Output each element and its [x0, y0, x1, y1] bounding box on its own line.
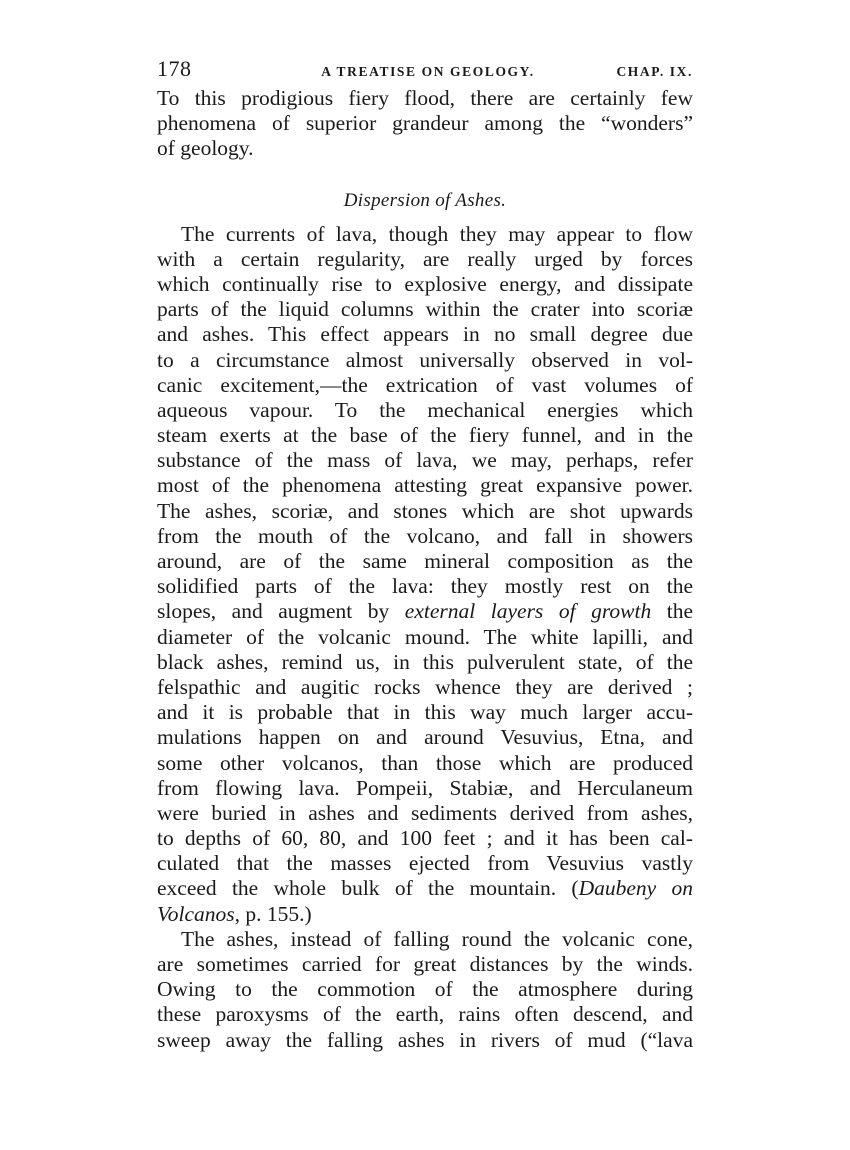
text-line: aqueous vapour. To the mechanical energi…: [157, 398, 693, 423]
text-span: exceed the whole bulk of the mountain. (: [157, 876, 579, 900]
text-line: and ashes. This effect appears in no sma…: [157, 322, 693, 347]
text-line: phenomena of superior grandeur among the…: [157, 111, 693, 136]
text-line: are sometimes carried for great distance…: [157, 952, 693, 977]
text-line: were buried in ashes and sediments deriv…: [157, 801, 693, 826]
text-line: sweep away the falling ashes in rivers o…: [157, 1028, 693, 1053]
text-span: slopes, and augment by: [157, 599, 405, 623]
text-line: to depths of 60, 80, and 100 feet ; and …: [157, 826, 693, 851]
text-span: the: [651, 599, 693, 623]
book-page: 178 A TREATISE ON GEOLOGY. CHAP. IX. To …: [157, 56, 693, 1053]
page-number: 178: [157, 56, 192, 82]
text-line: The currents of lava, though they may ap…: [157, 222, 693, 247]
text-line: from the mouth of the volcano, and fall …: [157, 524, 693, 549]
citation-italic: Daubeny on: [579, 876, 693, 900]
paragraph-dispersion-2: The ashes, instead of falling round the …: [157, 927, 693, 1053]
text-line: exceed the whole bulk of the mountain. (…: [157, 876, 693, 901]
text-line: Owing to the commotion of the atmosphere…: [157, 977, 693, 1002]
text-line: slopes, and augment by external layers o…: [157, 599, 693, 624]
italic-emphasis: external layers of growth: [405, 599, 651, 623]
text-line: mulations happen on and around Vesuvius,…: [157, 725, 693, 750]
text-line: most of the phenomena attesting great ex…: [157, 473, 693, 498]
text-line: felspathic and augitic rocks whence they…: [157, 675, 693, 700]
text-line: which continually rise to explosive ener…: [157, 272, 693, 297]
text-line: Volcanos, p. 155.): [157, 902, 693, 927]
text-line: these paroxysms of the earth, rains ofte…: [157, 1002, 693, 1027]
text-line: to a circumstance almost universally obs…: [157, 348, 693, 373]
text-line: steam exerts at the base of the fiery fu…: [157, 423, 693, 448]
text-line: black ashes, remind us, in this pulverul…: [157, 650, 693, 675]
text-span: , p. 155.): [235, 902, 312, 926]
text-line: solidified parts of the lava: they mostl…: [157, 574, 693, 599]
chapter-label: CHAP. IX.: [616, 64, 693, 80]
text-line: diameter of the volcanic mound. The whit…: [157, 625, 693, 650]
text-line: from flowing lava. Pompeii, Stabiæ, and …: [157, 776, 693, 801]
text-line: and it is probable that in this way much…: [157, 700, 693, 725]
text-line: parts of the liquid columns within the c…: [157, 297, 693, 322]
section-heading: Dispersion of Ashes.: [157, 184, 693, 218]
text-line: substance of the mass of lava, we may, p…: [157, 448, 693, 473]
text-line: To this prodigious fiery flood, there ar…: [157, 86, 693, 111]
running-title: A TREATISE ON GEOLOGY.: [321, 64, 535, 80]
text-line: canic excitement,—the extrication of vas…: [157, 373, 693, 398]
text-line: culated that the masses ejected from Ves…: [157, 851, 693, 876]
text-line: The ashes, scoriæ, and stones which are …: [157, 499, 693, 524]
running-head: 178 A TREATISE ON GEOLOGY. CHAP. IX.: [157, 56, 693, 86]
text-line: around, are of the same mineral composit…: [157, 549, 693, 574]
paragraph-dispersion-1: The currents of lava, though they may ap…: [157, 222, 693, 927]
text-line: some other volcanos, than those which ar…: [157, 751, 693, 776]
intro-paragraph: To this prodigious fiery flood, there ar…: [157, 86, 693, 162]
citation-italic: Volcanos: [157, 902, 235, 926]
text-line: with a certain regularity, are really ur…: [157, 247, 693, 272]
text-line: of geology.: [157, 136, 693, 161]
text-line: The ashes, instead of falling round the …: [157, 927, 693, 952]
